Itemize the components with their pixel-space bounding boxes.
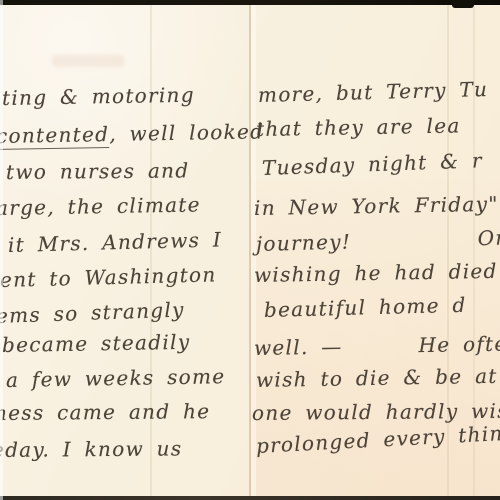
handwriting-line: eday. I know us [0,436,182,462]
handwriting-line: wish to die & be at [256,364,498,392]
page-fold-crease [249,0,251,500]
handwriting-line: ems so strangly [0,297,185,328]
handwriting-line: it Mrs. Andrews I [8,227,223,257]
handwriting-line: ting & motoring [2,83,195,110]
handwriting-line: wishing he had died [254,259,498,287]
handwriting-line: one would hardly wis [252,399,500,425]
handwriting-line: ent to Washington [0,262,217,292]
handwriting-line: became steadily [2,330,191,357]
handwriting-line: ness came and he [0,399,210,425]
scan-top-edge-mark [452,0,474,8]
handwriting-line: well. — He often ex [254,331,500,360]
scan-bottom-edge [0,496,500,500]
handwriting-line: that they are lea [256,113,461,141]
underlined-word: contented [0,122,109,150]
scan-top-edge [0,0,500,5]
line-rest: , well looked [109,119,264,146]
letter-scan: ting & motoring contented, well looked t… [0,0,500,500]
handwriting-line: a few weeks some [6,364,226,392]
handwriting-line: contented, well looked [0,119,264,148]
handwriting-line: journey! One Ca [256,224,500,256]
handwriting-line: beautiful home d [264,293,467,322]
faint-stamp-mark [52,55,124,67]
scan-left-edge-highlight [0,0,3,500]
handwriting-line: more, but Terry Tu [258,77,489,107]
handwriting-line: prolonged every thing [255,420,500,458]
scan-light-glow [0,0,260,220]
handwriting-line: arge, the climate [0,192,201,220]
handwriting-line: Tuesday night & r [262,148,484,180]
handwriting-line: two nurses and [6,158,190,184]
handwriting-line: in New York Friday". [254,192,500,220]
